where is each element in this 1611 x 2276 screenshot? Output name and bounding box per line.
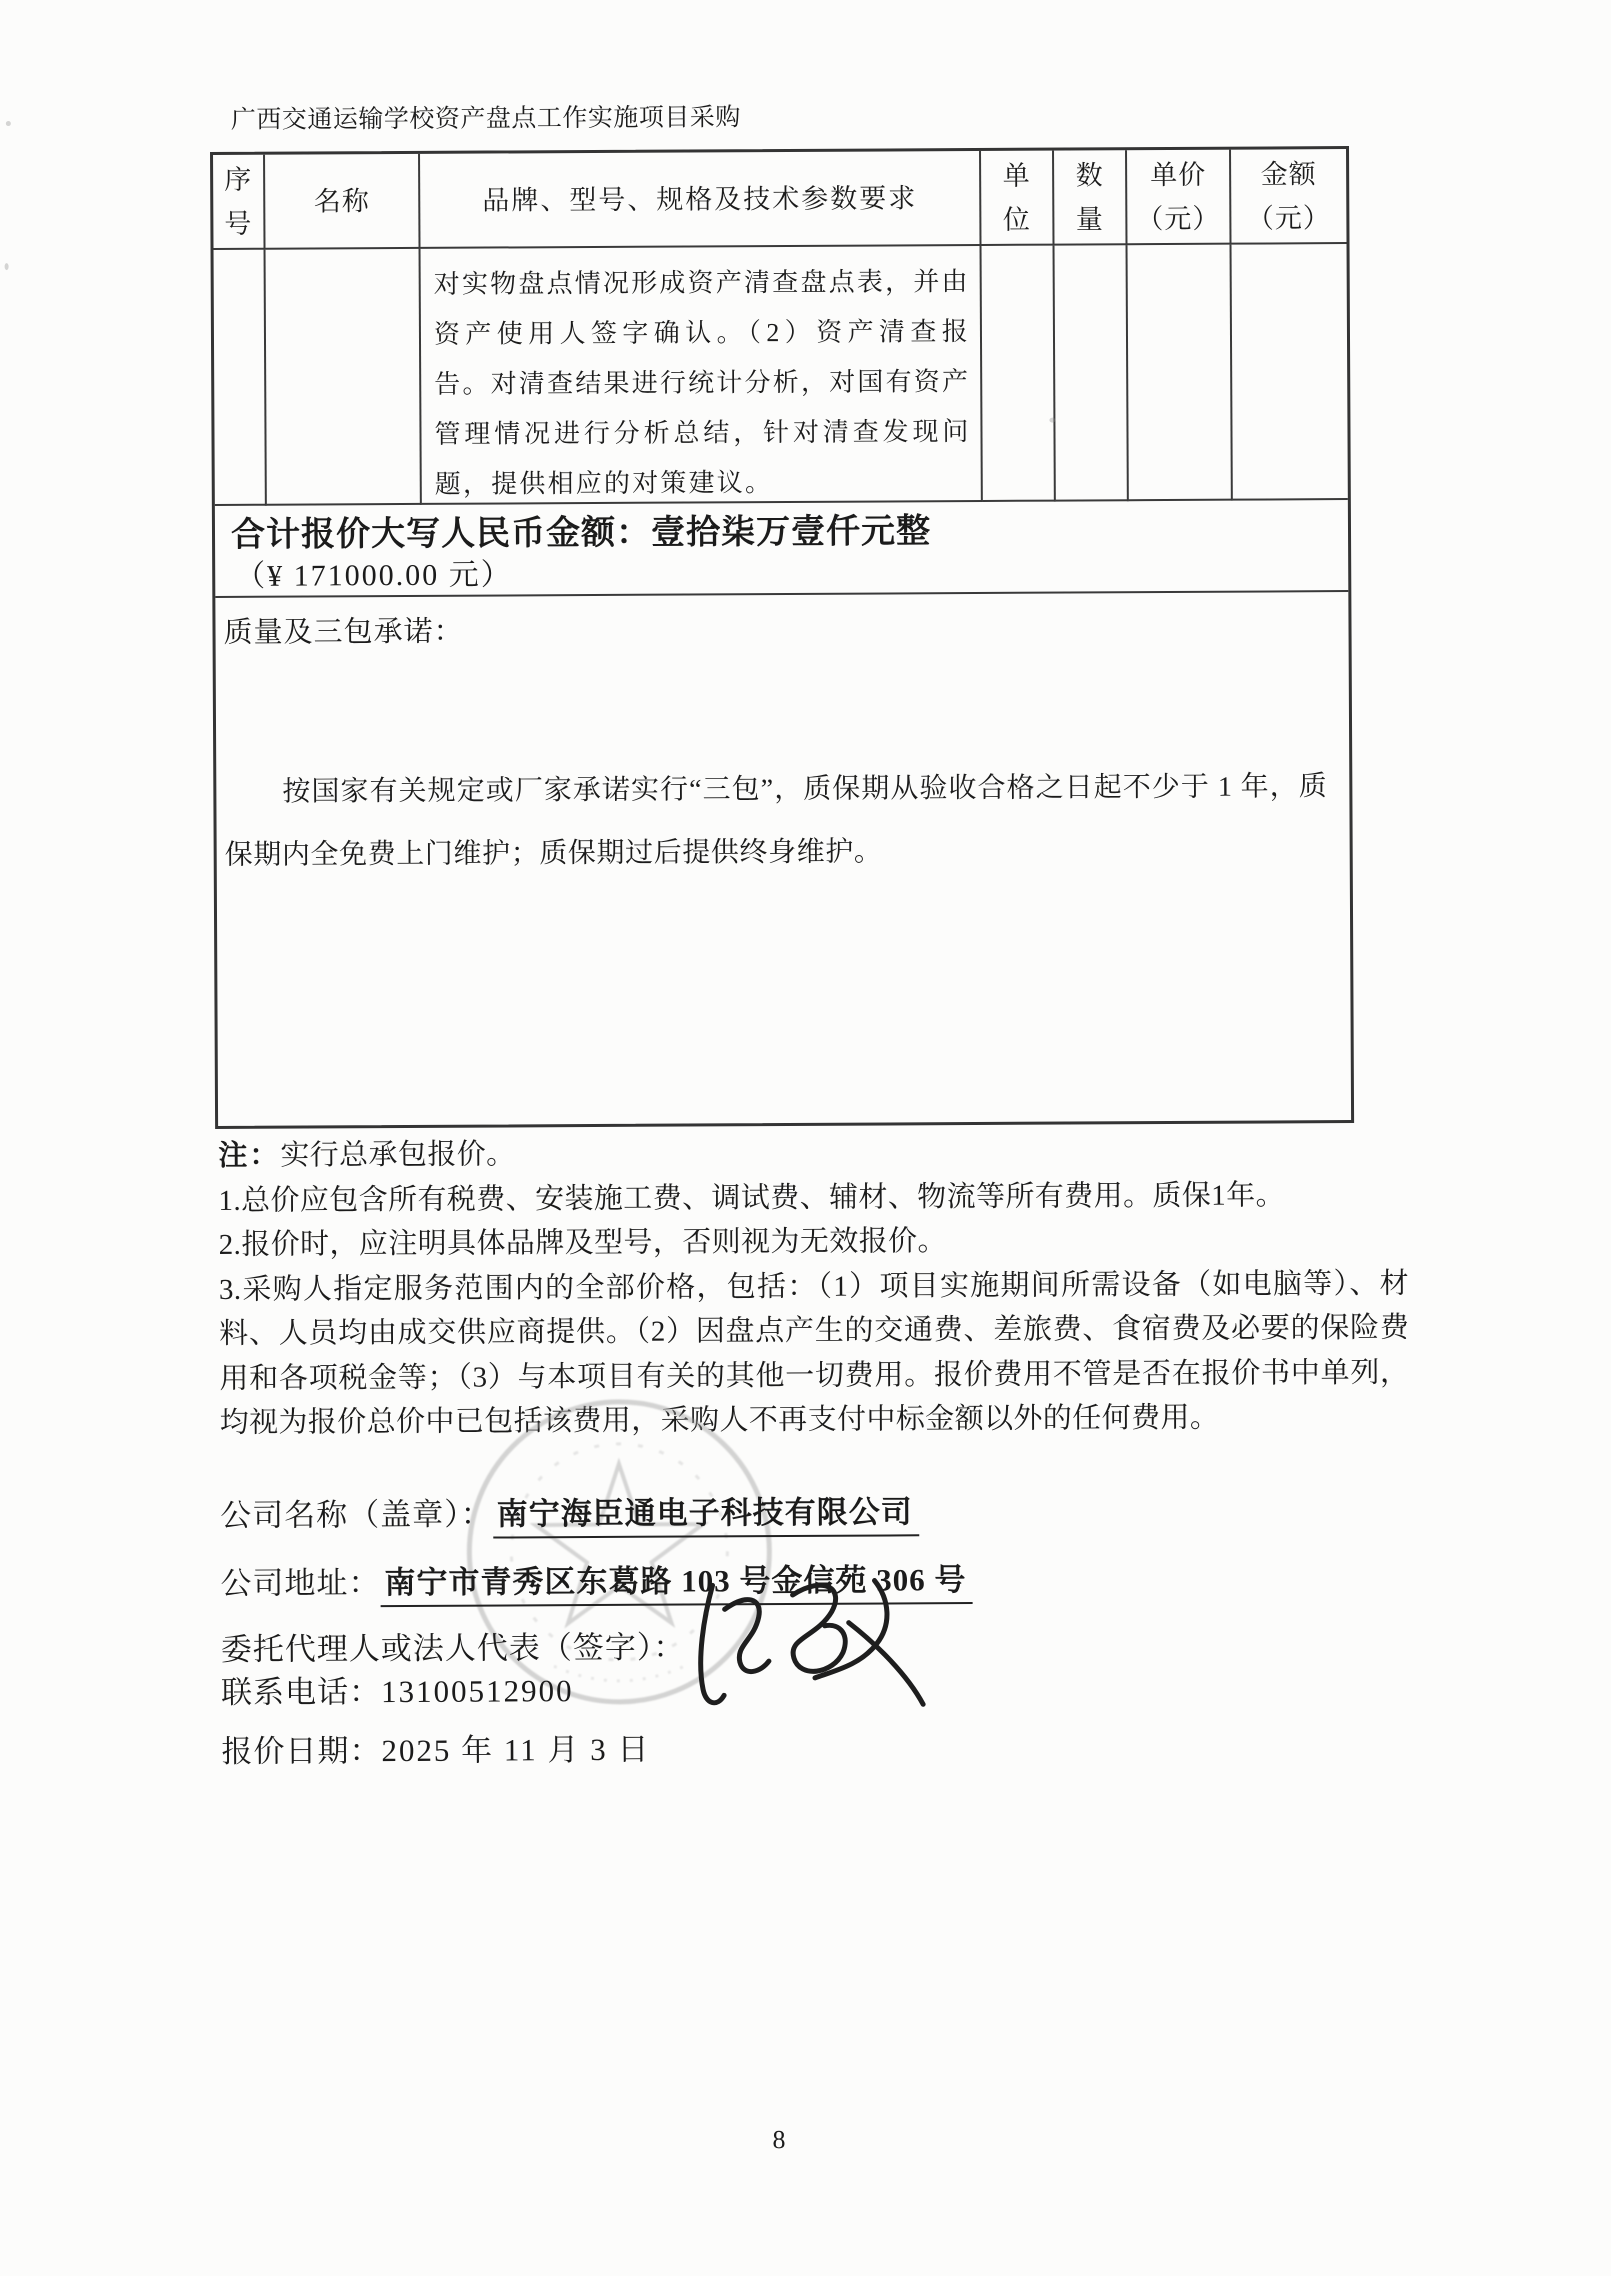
scan-speck bbox=[6, 121, 11, 126]
quote-date-value: 2025 年 11 月 3 日 bbox=[381, 1732, 650, 1768]
quality-commitment-text: 按国家有关规定或厂家承诺实行“三包”，质保期从验收合格之日起不少于 1 年，质保… bbox=[224, 755, 1328, 887]
col-header-qty: 数 量 bbox=[1054, 150, 1127, 245]
contact-phone-value: 13100512900 bbox=[381, 1673, 574, 1709]
quotation-table: 序 号 名称 品牌、型号、规格及技术参数要求 单 位 数 量 单价 （元） 金额… bbox=[210, 146, 1354, 1129]
scan-speck bbox=[5, 263, 9, 270]
quote-date-label: 报价日期： bbox=[221, 1733, 381, 1769]
document-title: 广西交通运输学校资产盘点工作实施项目采购 bbox=[231, 97, 741, 136]
total-amount-words: 合计报价大写人民币金额：壹拾柒万壹仟元整 bbox=[231, 509, 1348, 557]
row-cell-unit-price bbox=[1128, 245, 1233, 502]
note-item-1: 1.总价应包含所有税费、安装施工费、调试费、辅材、物流等所有费用。质保1年。 bbox=[218, 1172, 1408, 1223]
page-number: 8 bbox=[772, 2125, 785, 2155]
company-name-value: 南宁海臣通电子科技有限公司 bbox=[493, 1494, 919, 1538]
note-item-2: 2.报价时，应注明具体品牌及型号，否则视为无效报价。 bbox=[219, 1217, 1409, 1268]
col-header-seq: 序 号 bbox=[213, 155, 265, 250]
note-intro-line: 注：实行总承包报价。 bbox=[218, 1128, 1408, 1179]
col-header-unit: 单 位 bbox=[981, 151, 1054, 246]
col-header-unit-price: 单价 （元） bbox=[1127, 150, 1231, 246]
company-name-line: 公司名称（盖章）：南宁海臣通电子科技有限公司 bbox=[220, 1486, 919, 1535]
row-cell-spec: 对实物盘点情况形成资产清查盘点表，并由资产使用人签字确认。（2）资产清查报告。对… bbox=[421, 246, 983, 505]
contact-phone-line: 联系电话：13100512900 bbox=[221, 1665, 574, 1712]
col-header-spec: 品牌、型号、规格及技术参数要求 bbox=[420, 151, 981, 249]
quality-commitment-row: 质量及三包承诺： 按国家有关规定或厂家承诺实行“三包”，质保期从验收合格之日起不… bbox=[215, 592, 1351, 1126]
row-cell-seq bbox=[214, 250, 267, 506]
scan-speck bbox=[1049, 418, 1055, 423]
company-address-label: 公司地址： bbox=[220, 1565, 380, 1601]
note-item-3: 3.采购人指定服务范围内的全部价格，包括：（1）项目实施期间所需设备（如电脑等）… bbox=[219, 1261, 1410, 1445]
total-row: 合计报价大写人民币金额：壹拾柒万壹仟元整 （¥ 171000.00 元） bbox=[215, 500, 1348, 598]
quality-commitment-title: 质量及三包承诺： bbox=[223, 604, 1326, 651]
agent-signature-line: 委托代理人或法人代表（签字）： bbox=[221, 1622, 686, 1669]
note-label: 注： bbox=[218, 1140, 280, 1172]
row-cell-name bbox=[266, 249, 422, 506]
col-header-name: 名称 bbox=[265, 154, 420, 250]
agent-signature-label: 委托代理人或法人代表（签字）： bbox=[221, 1630, 686, 1667]
contact-phone-label: 联系电话： bbox=[221, 1674, 381, 1710]
quote-date-line: 报价日期：2025 年 11 月 3 日 bbox=[221, 1724, 650, 1771]
handwritten-signature bbox=[682, 1564, 933, 1725]
company-name-label: 公司名称（盖章）： bbox=[220, 1497, 493, 1533]
notes-section: 注：实行总承包报价。 1.总价应包含所有税费、安装施工费、调试费、辅材、物流等所… bbox=[218, 1128, 1410, 1446]
total-amount-figures: （¥ 171000.00 元） bbox=[231, 551, 1348, 597]
row-cell-qty bbox=[1055, 245, 1129, 501]
note-intro-text: 实行总承包报价。 bbox=[280, 1138, 515, 1171]
row-cell-amount bbox=[1232, 244, 1348, 501]
col-header-amount: 金额 （元） bbox=[1231, 149, 1346, 245]
row-cell-unit bbox=[982, 246, 1056, 502]
scanned-quotation-page: 广西交通运输学校资产盘点工作实施项目采购 序 号 名称 品牌、型号、规格及技术参… bbox=[0, 0, 1611, 2276]
